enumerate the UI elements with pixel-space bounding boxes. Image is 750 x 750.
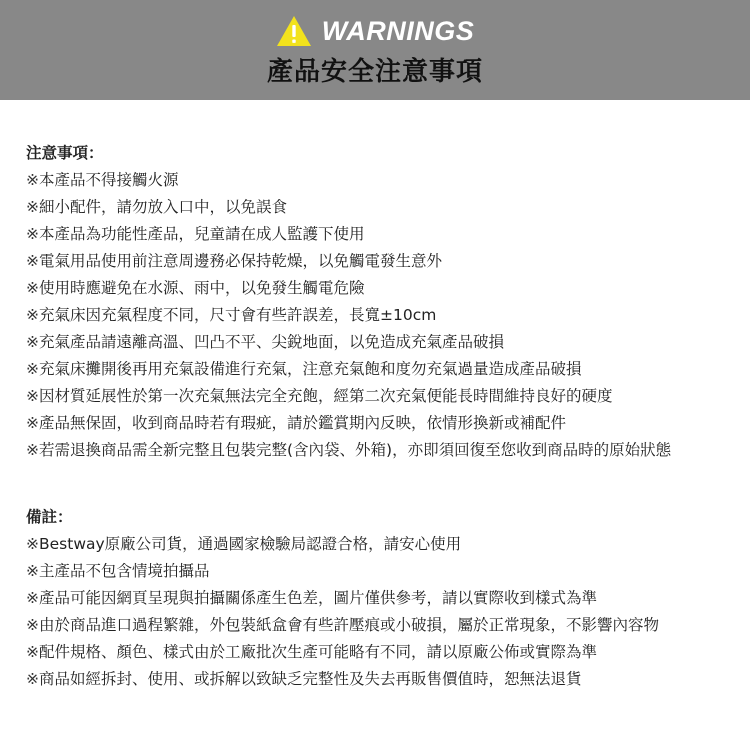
remarks-item: ※Bestway原廠公司貨，通過國家檢驗局認證合格，請安心使用 [26, 531, 746, 558]
reference-mark-icon: ※ [26, 252, 39, 270]
notes-item: ※使用時應避免在水源、雨中，以免發生觸電危險 [26, 275, 746, 302]
notes-item: ※電氣用品使用前注意周邊務必保持乾燥，以免觸電發生意外 [26, 248, 746, 275]
notes-item: ※若需退換商品需全新完整且包裝完整(含內袋、外箱)，亦即須回復至您收到商品時的原… [26, 437, 746, 464]
warning-header: WARNINGS 產品安全注意事項 [0, 0, 750, 100]
notes-item: ※因材質延展性於第一次充氣無法完全充飽，經第二次充氣便能長時間維持良好的硬度 [26, 383, 746, 410]
reference-mark-icon: ※ [26, 387, 39, 405]
remarks-item: ※配件規格、顏色、樣式由於工廠批次生產可能略有不同，請以原廠公佈或實際為準 [26, 639, 746, 666]
reference-mark-icon: ※ [26, 171, 39, 189]
reference-mark-icon: ※ [26, 279, 39, 297]
notes-item-text: 產品無保固，收到商品時若有瑕疵，請於鑑賞期內反映，依情形換新或補配件 [39, 414, 566, 432]
remarks-item-text: 主產品不包含情境拍攝品 [39, 562, 210, 580]
remarks-item: ※商品如經拆封、使用、或拆解以致缺乏完整性及失去再販售價值時，恕無法退貨 [26, 666, 746, 693]
notes-item-text: 因材質延展性於第一次充氣無法完全充飽，經第二次充氣便能長時間維持良好的硬度 [39, 387, 613, 405]
notes-item-text: 本產品不得接觸火源 [39, 171, 179, 189]
warning-label: WARNINGS [322, 16, 475, 47]
reference-mark-icon: ※ [26, 225, 39, 243]
notes-item: ※充氣床攤開後再用充氣設備進行充氣，注意充氣飽和度勿充氣過量造成產品破損 [26, 356, 746, 383]
reference-mark-icon: ※ [26, 414, 39, 432]
notes-item-text: 細小配件，請勿放入口中，以免誤食 [39, 198, 287, 216]
remarks-item: ※由於商品進口過程繁雜，外包裝紙盒會有些許壓痕或小破損，屬於正常現象，不影響內容… [26, 612, 746, 639]
notes-item-text: 本產品為功能性產品，兒童請在成人監護下使用 [39, 225, 365, 243]
remarks-item: ※產品可能因網頁呈現與拍攝關係產生色差，圖片僅供參考，請以實際收到樣式為準 [26, 585, 746, 612]
notes-item: ※細小配件，請勿放入口中，以免誤食 [26, 194, 746, 221]
reference-mark-icon: ※ [26, 333, 39, 351]
reference-mark-icon: ※ [26, 616, 39, 634]
warning-triangle-icon [276, 15, 312, 47]
notes-item-text: 充氣床因充氣程度不同，尺寸會有些許誤差，長寬±10cm [39, 306, 436, 324]
reference-mark-icon: ※ [26, 562, 39, 580]
notes-section: 注意事項： ※本產品不得接觸火源 ※細小配件，請勿放入口中，以免誤食 ※本產品為… [26, 140, 746, 464]
remarks-item-text: 商品如經拆封、使用、或拆解以致缺乏完整性及失去再販售價值時，恕無法退貨 [39, 670, 582, 688]
reference-mark-icon: ※ [26, 670, 39, 688]
reference-mark-icon: ※ [26, 198, 39, 216]
remarks-item-text: 產品可能因網頁呈現與拍攝關係產生色差，圖片僅供參考，請以實際收到樣式為準 [39, 589, 597, 607]
reference-mark-icon: ※ [26, 643, 39, 661]
notes-item: ※本產品不得接觸火源 [26, 167, 746, 194]
remarks-section: 備註： ※Bestway原廠公司貨，通過國家檢驗局認證合格，請安心使用 ※主產品… [26, 504, 746, 693]
notes-item: ※充氣產品請遠離高溫、凹凸不平、尖銳地面，以免造成充氣產品破損 [26, 329, 746, 356]
remarks-item-text: 配件規格、顏色、樣式由於工廠批次生產可能略有不同，請以原廠公佈或實際為準 [39, 643, 597, 661]
page-title: 產品安全注意事項 [0, 55, 750, 89]
notes-item-text: 充氣產品請遠離高溫、凹凸不平、尖銳地面，以免造成充氣產品破損 [39, 333, 504, 351]
remarks-item-text: 由於商品進口過程繁雜，外包裝紙盒會有些許壓痕或小破損，屬於正常現象，不影響內容物 [39, 616, 659, 634]
reference-mark-icon: ※ [26, 306, 39, 324]
notes-item: ※產品無保固，收到商品時若有瑕疵，請於鑑賞期內反映，依情形換新或補配件 [26, 410, 746, 437]
notes-item-text: 若需退換商品需全新完整且包裝完整(含內袋、外箱)，亦即須回復至您收到商品時的原始… [39, 441, 671, 459]
notes-item: ※充氣床因充氣程度不同，尺寸會有些許誤差，長寬±10cm [26, 302, 746, 329]
warning-banner: WARNINGS [0, 14, 750, 48]
notes-item: ※本產品為功能性產品，兒童請在成人監護下使用 [26, 221, 746, 248]
reference-mark-icon: ※ [26, 535, 39, 553]
notes-item-text: 使用時應避免在水源、雨中，以免發生觸電危險 [39, 279, 365, 297]
remarks-item: ※主產品不包含情境拍攝品 [26, 558, 746, 585]
notes-item-text: 充氣床攤開後再用充氣設備進行充氣，注意充氣飽和度勿充氣過量造成產品破損 [39, 360, 582, 378]
reference-mark-icon: ※ [26, 441, 39, 459]
reference-mark-icon: ※ [26, 360, 39, 378]
remarks-title: 備註： [26, 504, 746, 531]
remarks-item-text: Bestway原廠公司貨，通過國家檢驗局認證合格，請安心使用 [39, 535, 461, 553]
notes-item-text: 電氣用品使用前注意周邊務必保持乾燥，以免觸電發生意外 [39, 252, 442, 270]
notes-title: 注意事項： [26, 140, 746, 167]
reference-mark-icon: ※ [26, 589, 39, 607]
